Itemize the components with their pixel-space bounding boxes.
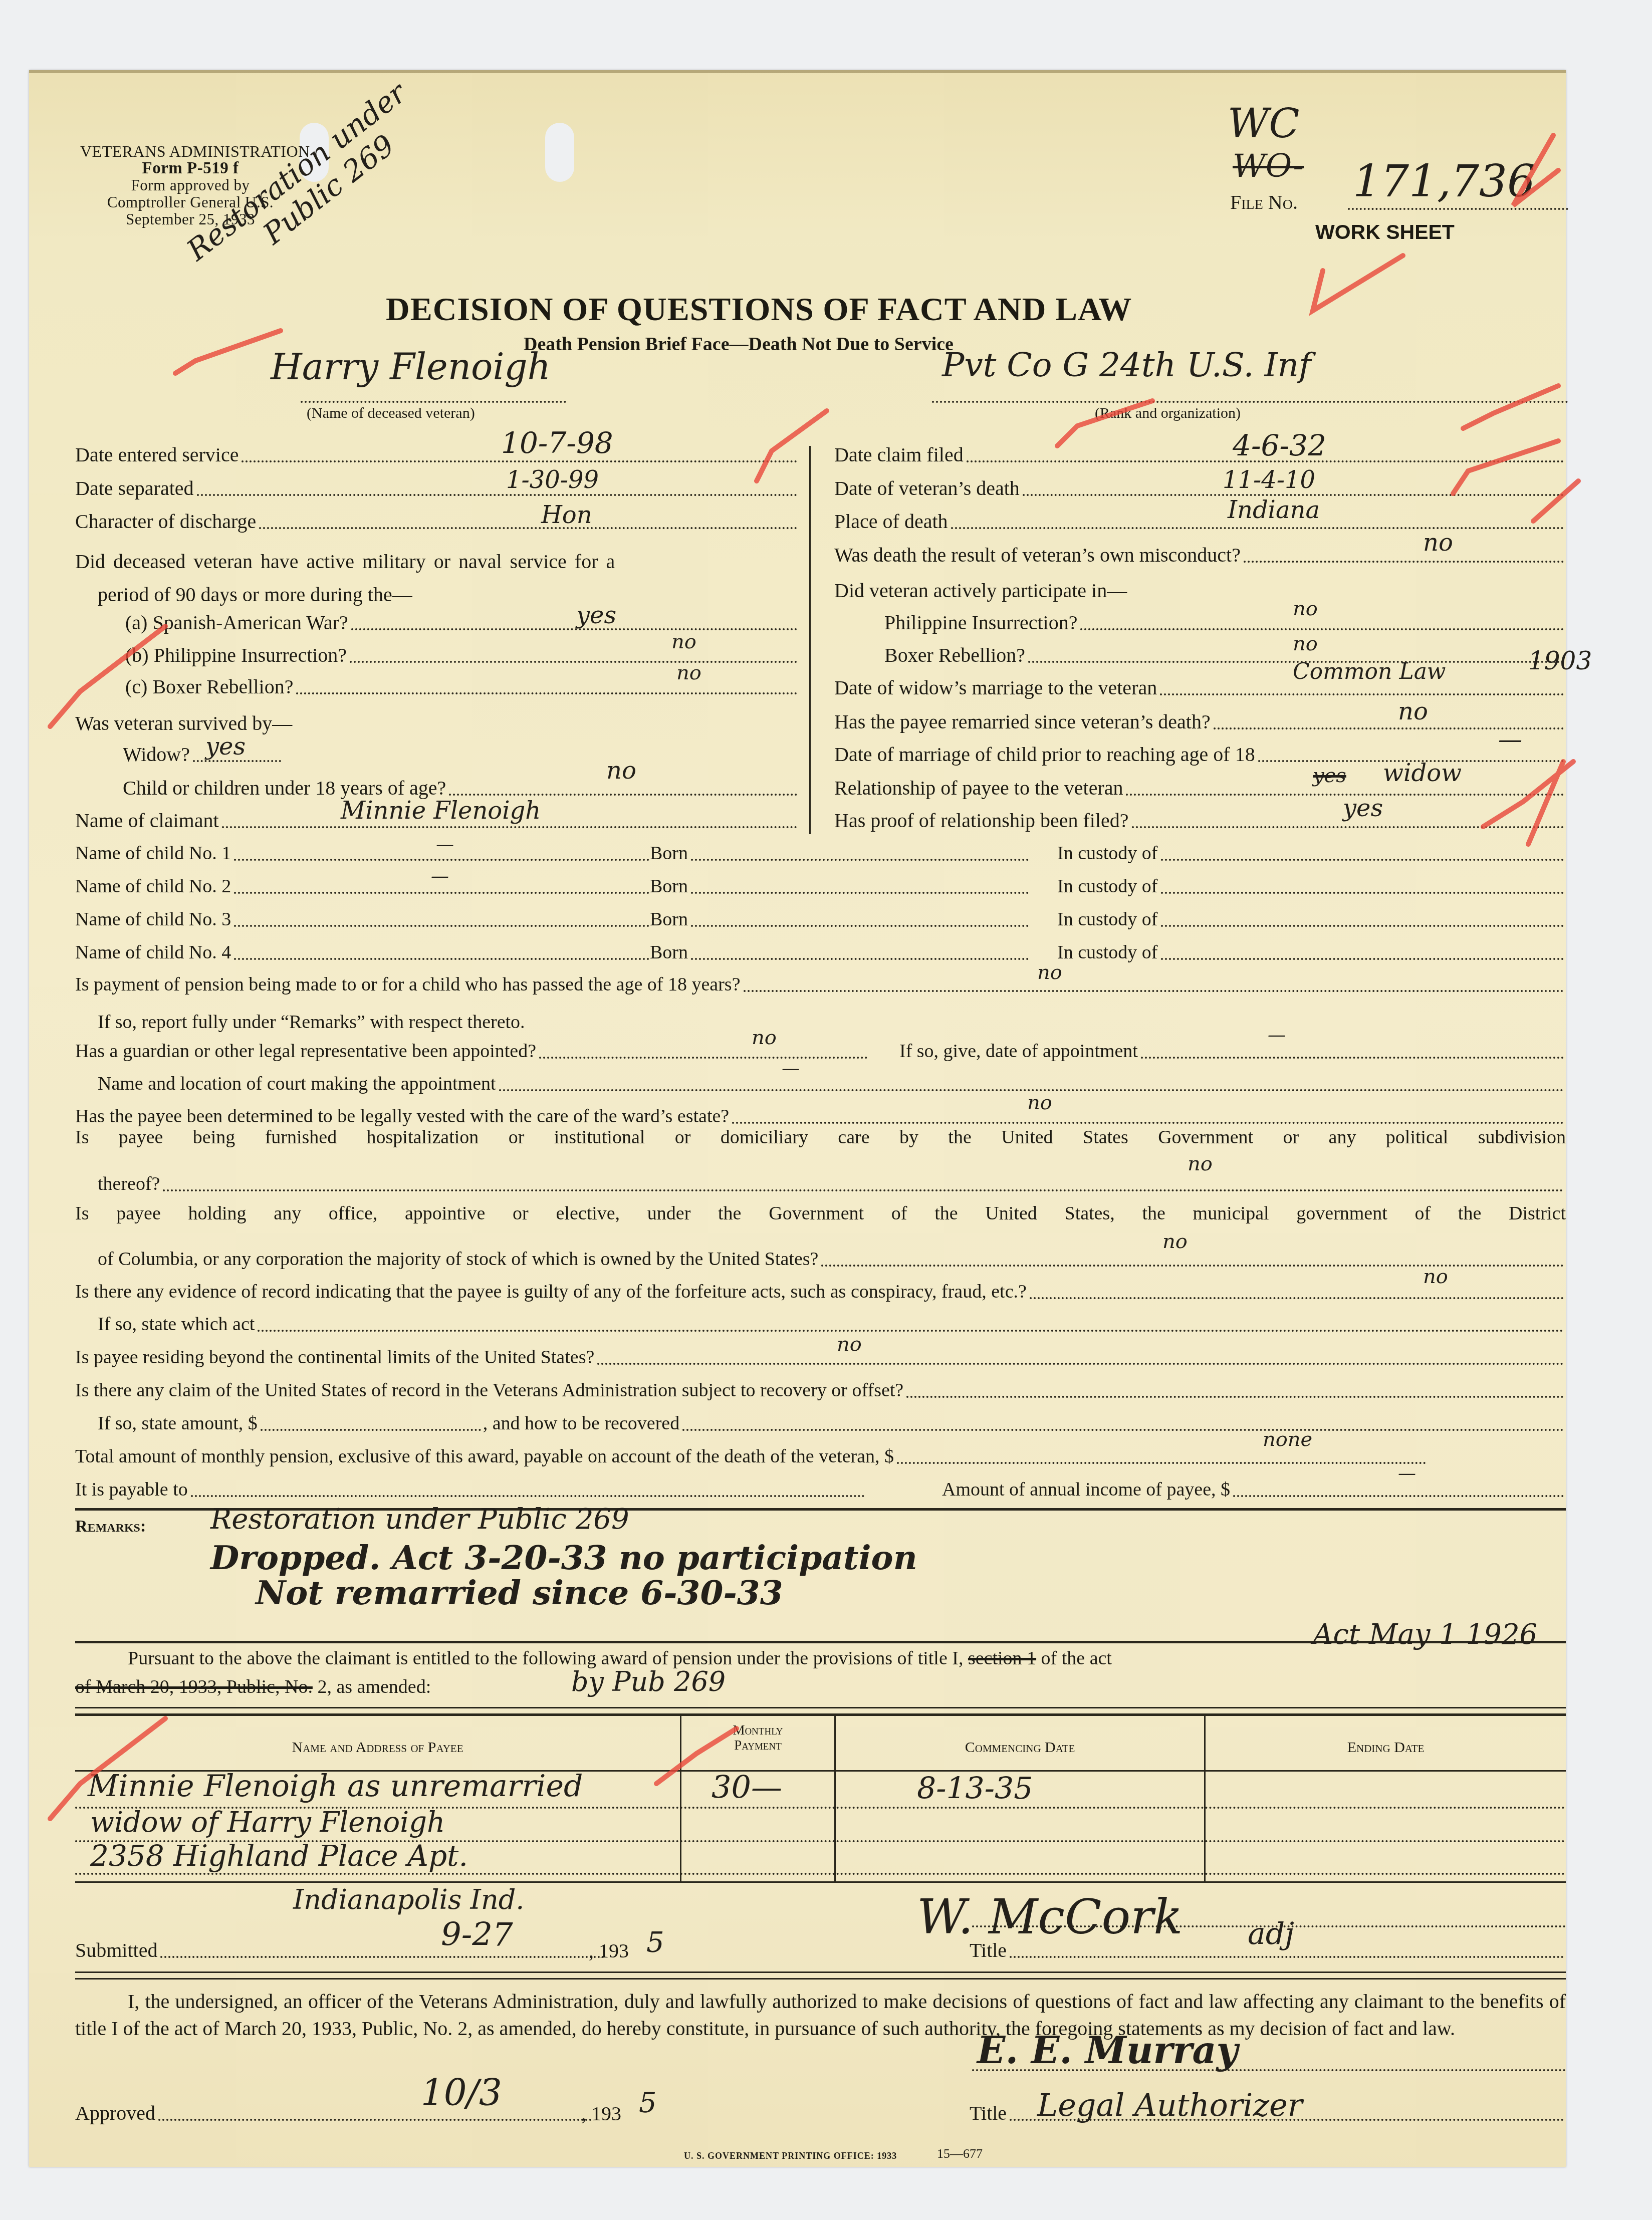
field-child-over-18: Is payment of pension being made to or f…	[75, 973, 1566, 996]
widow-marriage-value: Common Law	[1293, 659, 1446, 684]
child-row: Name of child No. 4	[75, 941, 651, 964]
widow-marriage-annotation: 1903	[1528, 646, 1592, 675]
children-under-18-value: no	[606, 757, 636, 785]
remarks-line: Not remarried since 6-30-33	[256, 1573, 783, 1612]
place-of-death-value: Indiana	[1228, 496, 1320, 524]
field-boxer-rebellion-b: Boxer Rebellion?	[884, 644, 1566, 667]
date-entered-value: 10-7-98	[501, 426, 613, 460]
relationship-value: widow	[1383, 759, 1462, 787]
discharge-value: Hon	[541, 501, 592, 529]
commencing-date-value: 8-13-35	[917, 1771, 1033, 1806]
field-annual-income: Amount of annual income of payee, $	[942, 1478, 1566, 1501]
page-subtitle: Death Pension Brief Face—Death Not Due t…	[524, 333, 954, 355]
form-code: 15—677	[937, 2146, 983, 2161]
participation-label: Did veteran actively participate in—	[834, 579, 1127, 602]
approver-signature: E. E. Murray	[977, 2029, 1238, 2072]
child-custody: In custody of	[1057, 908, 1566, 931]
punch-hole	[545, 123, 574, 182]
guardian-date-value: —	[1268, 1025, 1286, 1045]
office-question: Is payee holding any office, appointive …	[75, 1202, 1566, 1224]
approved-date-value: 10/3	[421, 2072, 502, 2114]
philippine-insurrection-a-value: no	[671, 630, 696, 653]
child-marriage-value: —	[1498, 725, 1522, 754]
signature-line	[972, 2069, 1566, 2071]
child-born: Born	[650, 842, 1031, 865]
field-philippine-insurrection-b: Philippine Insurrection?	[884, 611, 1566, 634]
child-row: Name of child No. 1	[75, 842, 651, 865]
award-by-annotation: by Pub 269	[571, 1666, 726, 1697]
annual-income-value: —	[1398, 1463, 1416, 1484]
widow-value: yes	[205, 732, 246, 761]
rank-line	[932, 401, 1568, 403]
page-title: DECISION OF QUESTIONS OF FACT AND LAW	[386, 291, 1132, 329]
forfeiture-value: no	[1423, 1265, 1448, 1288]
field-forfeiture-act: If so, state which act	[98, 1313, 1566, 1336]
approver-title-value: Legal Authorizer	[1037, 2087, 1302, 2123]
proof-filed-value: yes	[1343, 794, 1383, 822]
field-date-separated: Date separated	[75, 477, 799, 500]
child-born: Born	[650, 875, 1031, 898]
child-row: Name of child No. 3	[75, 908, 651, 931]
payee-line: Indianapolis Ind.	[293, 1884, 524, 1915]
column-header-monthly-payment: Monthly Payment	[681, 1717, 834, 1753]
field-misconduct: Was death the result of veteran’s own mi…	[834, 544, 1566, 567]
payee-line: 2358 Highland Place Apt.	[90, 1839, 468, 1873]
file-number-line	[1348, 208, 1568, 210]
child-custody: In custody of	[1057, 875, 1566, 898]
relationship-struck-value: yes	[1313, 764, 1346, 787]
printer-imprint: U. S. GOVERNMENT PRINTING OFFICE: 1933	[684, 2151, 897, 2161]
date-claim-filed-value: 4-6-32	[1233, 428, 1326, 462]
child-over-18-note: If so, report fully under “Remarks” with…	[98, 1011, 525, 1033]
column-header-payee: Name and Address of Payee	[75, 1726, 680, 1769]
field-submitted: Submitted	[75, 1939, 606, 1962]
submitter-signature: W. McCork	[917, 1889, 1183, 1945]
boxer-rebellion-a-value: no	[676, 661, 701, 684]
file-prefix-struck: WO-	[1233, 148, 1304, 185]
field-date-entered: Date entered service	[75, 443, 799, 466]
remarks-line: Dropped. Act 3-20-33 no participation	[210, 1538, 917, 1577]
field-guardian-date: If so, give, date of appointment	[899, 1040, 1566, 1063]
column-header-commencing-date: Commencing Date	[836, 1726, 1204, 1769]
table-rule	[75, 1881, 1566, 1883]
field-place-of-death: Place of death	[834, 510, 1566, 533]
field-hospital: thereof?	[98, 1172, 1566, 1195]
field-date-of-death: Date of veteran’s death	[834, 477, 1566, 500]
field-abroad: Is payee residing beyond the continental…	[75, 1346, 1566, 1369]
child-over-18-value: no	[1037, 961, 1062, 984]
file-number-value: 171,736	[1353, 155, 1535, 207]
work-sheet-label: WORK SHEET	[1315, 220, 1455, 244]
column-header-ending-date: Ending Date	[1206, 1726, 1566, 1769]
vested-value: no	[1027, 1091, 1052, 1114]
field-discharge: Character of discharge	[75, 510, 799, 533]
child-name-value: —	[436, 834, 454, 855]
field-spanish-american-war: (a) Spanish-American War?	[125, 611, 799, 634]
payee-remarried-value: no	[1398, 697, 1428, 725]
certification-text: I, the undersigned, an officer of the Ve…	[75, 1988, 1566, 2042]
field-claim-us: Is there any claim of the United States …	[75, 1379, 1566, 1402]
survived-by-label: Was veteran survived by—	[75, 711, 292, 735]
rank-caption: (Rank and organization)	[1095, 405, 1241, 422]
field-office: of Columbia, or any corporation the majo…	[98, 1248, 1566, 1271]
payee-line: Minnie Flenoigh as unremarried	[88, 1769, 583, 1804]
divider	[75, 1707, 1566, 1708]
guardian-value: no	[752, 1026, 777, 1049]
approved-year-prefix: , 193	[581, 2102, 621, 2125]
award-line-2: of March 20, 1933, Public, No. 2, as ame…	[75, 1676, 431, 1698]
child-born: Born	[650, 908, 1031, 931]
field-court: Name and location of court making the ap…	[98, 1072, 1566, 1095]
field-vested: Has the payee been determined to be lega…	[75, 1105, 1566, 1128]
submitted-date-value: 9-27	[441, 1916, 513, 1953]
boxer-rebellion-b-value: no	[1293, 632, 1318, 655]
monthly-payment-value: 30—	[712, 1769, 782, 1805]
rank-value: Pvt Co G 24th U.S. Inf	[942, 346, 1311, 384]
date-of-death-value: 11-4-10	[1223, 466, 1315, 494]
approved-year-digit: 5	[639, 2087, 657, 2119]
child-custody: In custody of	[1057, 842, 1566, 865]
award-act-annotation: Act May 1 1926	[1313, 1618, 1537, 1651]
payee-line: widow of Harry Flenoigh	[90, 1806, 445, 1839]
philippine-insurrection-b-value: no	[1293, 597, 1318, 620]
abroad-value: no	[837, 1333, 862, 1356]
divider	[75, 1978, 1566, 1980]
agency-name: VETERANS ADMINISTRATION	[80, 143, 301, 160]
child-custody: In custody of	[1057, 941, 1566, 964]
file-prefix: WC	[1228, 100, 1299, 147]
field-guardian: Has a guardian or other legal representa…	[75, 1040, 869, 1063]
field-payee-remarried: Has the payee remarried since veteran’s …	[834, 710, 1566, 733]
spanish-american-war-value: yes	[576, 601, 616, 629]
field-forfeiture: Is there any evidence of record indicati…	[75, 1280, 1566, 1303]
total-monthly-value: none	[1263, 1428, 1312, 1451]
field-amount-recovery: If so, state amount, $ , and how to be r…	[98, 1412, 1566, 1435]
child-name-value: —	[431, 866, 449, 886]
misconduct-value: no	[1423, 529, 1453, 557]
service-question: Did deceased veteran have active militar…	[75, 545, 615, 611]
date-separated-value: 1-30-99	[506, 466, 599, 494]
field-total-monthly: Total amount of monthly pension, exclusi…	[75, 1445, 1428, 1468]
veteran-name-line	[301, 401, 566, 403]
column-divider	[809, 446, 811, 834]
divider	[75, 1971, 1566, 1973]
field-proof-filed: Has proof of relationship been filed?	[834, 809, 1566, 832]
veteran-name-caption: (Name of deceased veteran)	[307, 405, 475, 422]
field-date-claim-filed: Date claim filed	[834, 443, 1566, 466]
veteran-name-value: Harry Flenoigh	[271, 346, 551, 388]
court-value: —	[782, 1058, 800, 1079]
hospital-value: no	[1188, 1152, 1213, 1175]
hospital-question: Is payee being furnished hospitalization…	[75, 1126, 1566, 1148]
field-payable-to: It is payable to	[75, 1478, 867, 1501]
child-born: Born	[650, 941, 1031, 964]
submitted-year-prefix: , 193	[589, 1939, 629, 1962]
remarks-line: Restoration under Public 269	[210, 1503, 629, 1536]
divider	[75, 1713, 1566, 1716]
field-widow-marriage-date: Date of widow’s marriage to the veteran	[834, 676, 1566, 699]
child-row: Name of child No. 2	[75, 875, 651, 898]
claimant-value: Minnie Flenoigh	[341, 797, 541, 825]
submitted-year-digit: 5	[646, 1926, 664, 1959]
file-number-label: File No.	[1230, 190, 1298, 214]
field-approved: Approved	[75, 2102, 594, 2125]
table-row-line	[75, 1873, 1566, 1875]
office-value: no	[1162, 1230, 1188, 1253]
submitter-title-value: adj	[1248, 1916, 1294, 1951]
remarks-label: Remarks:	[75, 1517, 146, 1536]
field-widow: Widow?	[123, 743, 283, 766]
